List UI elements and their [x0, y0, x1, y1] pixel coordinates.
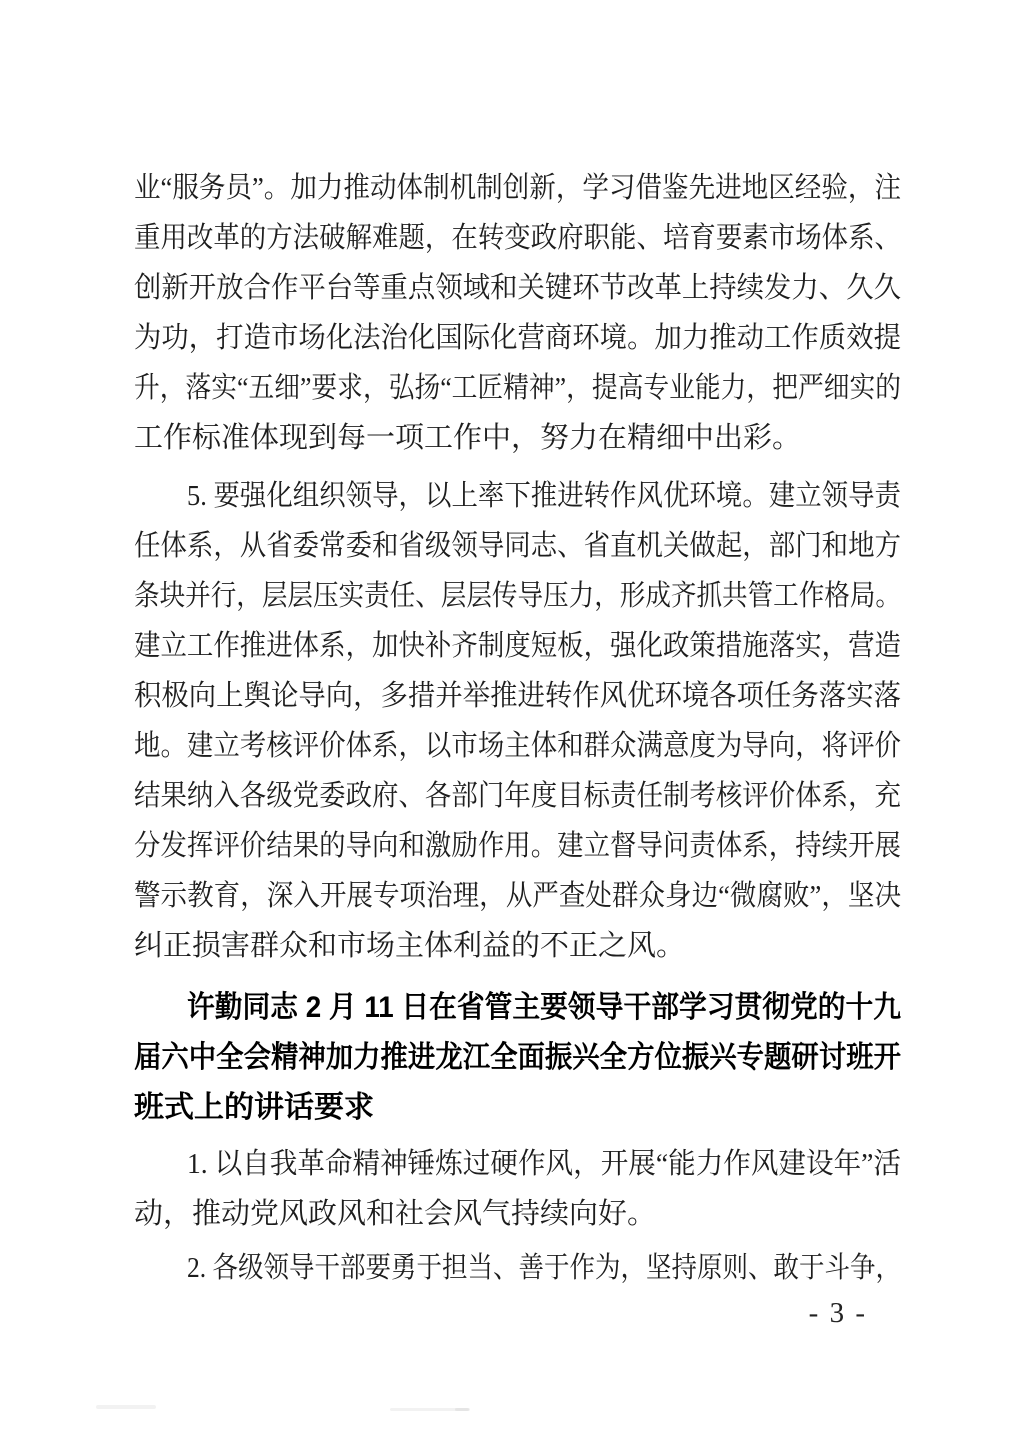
scanned-document-page: { "content": { "para_continued_lines": […	[0, 0, 1024, 1448]
heading-line: 班式上的讲话要求	[134, 1083, 901, 1133]
text-line: 为功，打造市场化法治化国际化营商环境。加力推动工作质效提	[134, 313, 901, 363]
heading-line: 许勤同志 2 月 11 日在省管主要领导干部学习贯彻党的十九	[134, 983, 901, 1033]
text-line: 动，推动党风政风和社会风气持续向好。	[134, 1189, 901, 1239]
text-line: 创新开放合作平台等重点领域和关键环节改革上持续发力、久久	[134, 263, 901, 313]
text-line: 工作标准体现到每一项工作中，努力在精细中出彩。	[134, 413, 901, 463]
text-line: 升，落实“五细”要求，弘扬“工匠精神”，提高专业能力，把严细实的	[134, 363, 901, 413]
paragraph-continued: 业“服务员”。加力推动体制机制创新，学习借鉴先进地区经验，注 重用改革的方法破解…	[134, 163, 901, 463]
text-line: 条块并行，层层压实责任、层层传导压力，形成齐抓共管工作格局。	[134, 571, 901, 621]
page-number: - 3 -	[809, 1293, 867, 1333]
text-line: 分发挥评价结果的导向和激励作用。建立督导问责体系，持续开展	[134, 821, 901, 871]
text-line: 地。建立考核评价体系，以市场主体和群众满意度为导向，将评价	[134, 721, 901, 771]
paragraph-item-5: 5. 要强化组织领导，以上率下推进转作风优环境。建立领导责 任体系，从省委常委和…	[134, 471, 901, 971]
text-line: 任体系，从省委常委和省级领导同志、省直机关做起，部门和地方	[134, 521, 901, 571]
text-line: 1. 以自我革命精神锤炼过硬作风，开展“能力作风建设年”活	[134, 1139, 901, 1189]
text-line: 积极向上舆论导向，多措并举推进转作风优环境各项任务落实落	[134, 671, 901, 721]
text-line: 5. 要强化组织领导，以上率下推进转作风优环境。建立领导责	[134, 471, 901, 521]
text-line: 业“服务员”。加力推动体制机制创新，学习借鉴先进地区经验，注	[134, 163, 901, 213]
scan-artifact	[96, 1405, 156, 1409]
text-line: 重用改革的方法破解难题，在转变政府职能、培育要素市场体系、	[134, 213, 901, 263]
text-line: 结果纳入各级党委政府、各部门年度目标责任制考核评价体系，充	[134, 771, 901, 821]
text-line: 2. 各级领导干部要勇于担当、善于作为，坚持原则、敢于斗争，	[134, 1243, 901, 1293]
paragraph-item-2: 2. 各级领导干部要勇于担当、善于作为，坚持原则、敢于斗争，	[134, 1243, 901, 1293]
heading-line: 届六中全会精神加力推进龙江全面振兴全方位振兴专题研讨班开	[134, 1033, 901, 1083]
scan-artifact	[455, 1408, 469, 1411]
text-line: 警示教育，深入开展专项治理，从严查处群众身边“微腐败”，坚决	[134, 871, 901, 921]
text-line: 纠正损害群众和市场主体利益的不正之风。	[134, 921, 901, 971]
paragraph-item-1: 1. 以自我革命精神锤炼过硬作风，开展“能力作风建设年”活 动，推动党风政风和社…	[134, 1139, 901, 1239]
document-body: 业“服务员”。加力推动体制机制创新，学习借鉴先进地区经验，注 重用改革的方法破解…	[134, 163, 901, 1293]
text-line: 建立工作推进体系，加快补齐制度短板，强化政策措施落实，营造	[134, 621, 901, 671]
speech-heading: 许勤同志 2 月 11 日在省管主要领导干部学习贯彻党的十九 届六中全会精神加力…	[134, 983, 901, 1133]
